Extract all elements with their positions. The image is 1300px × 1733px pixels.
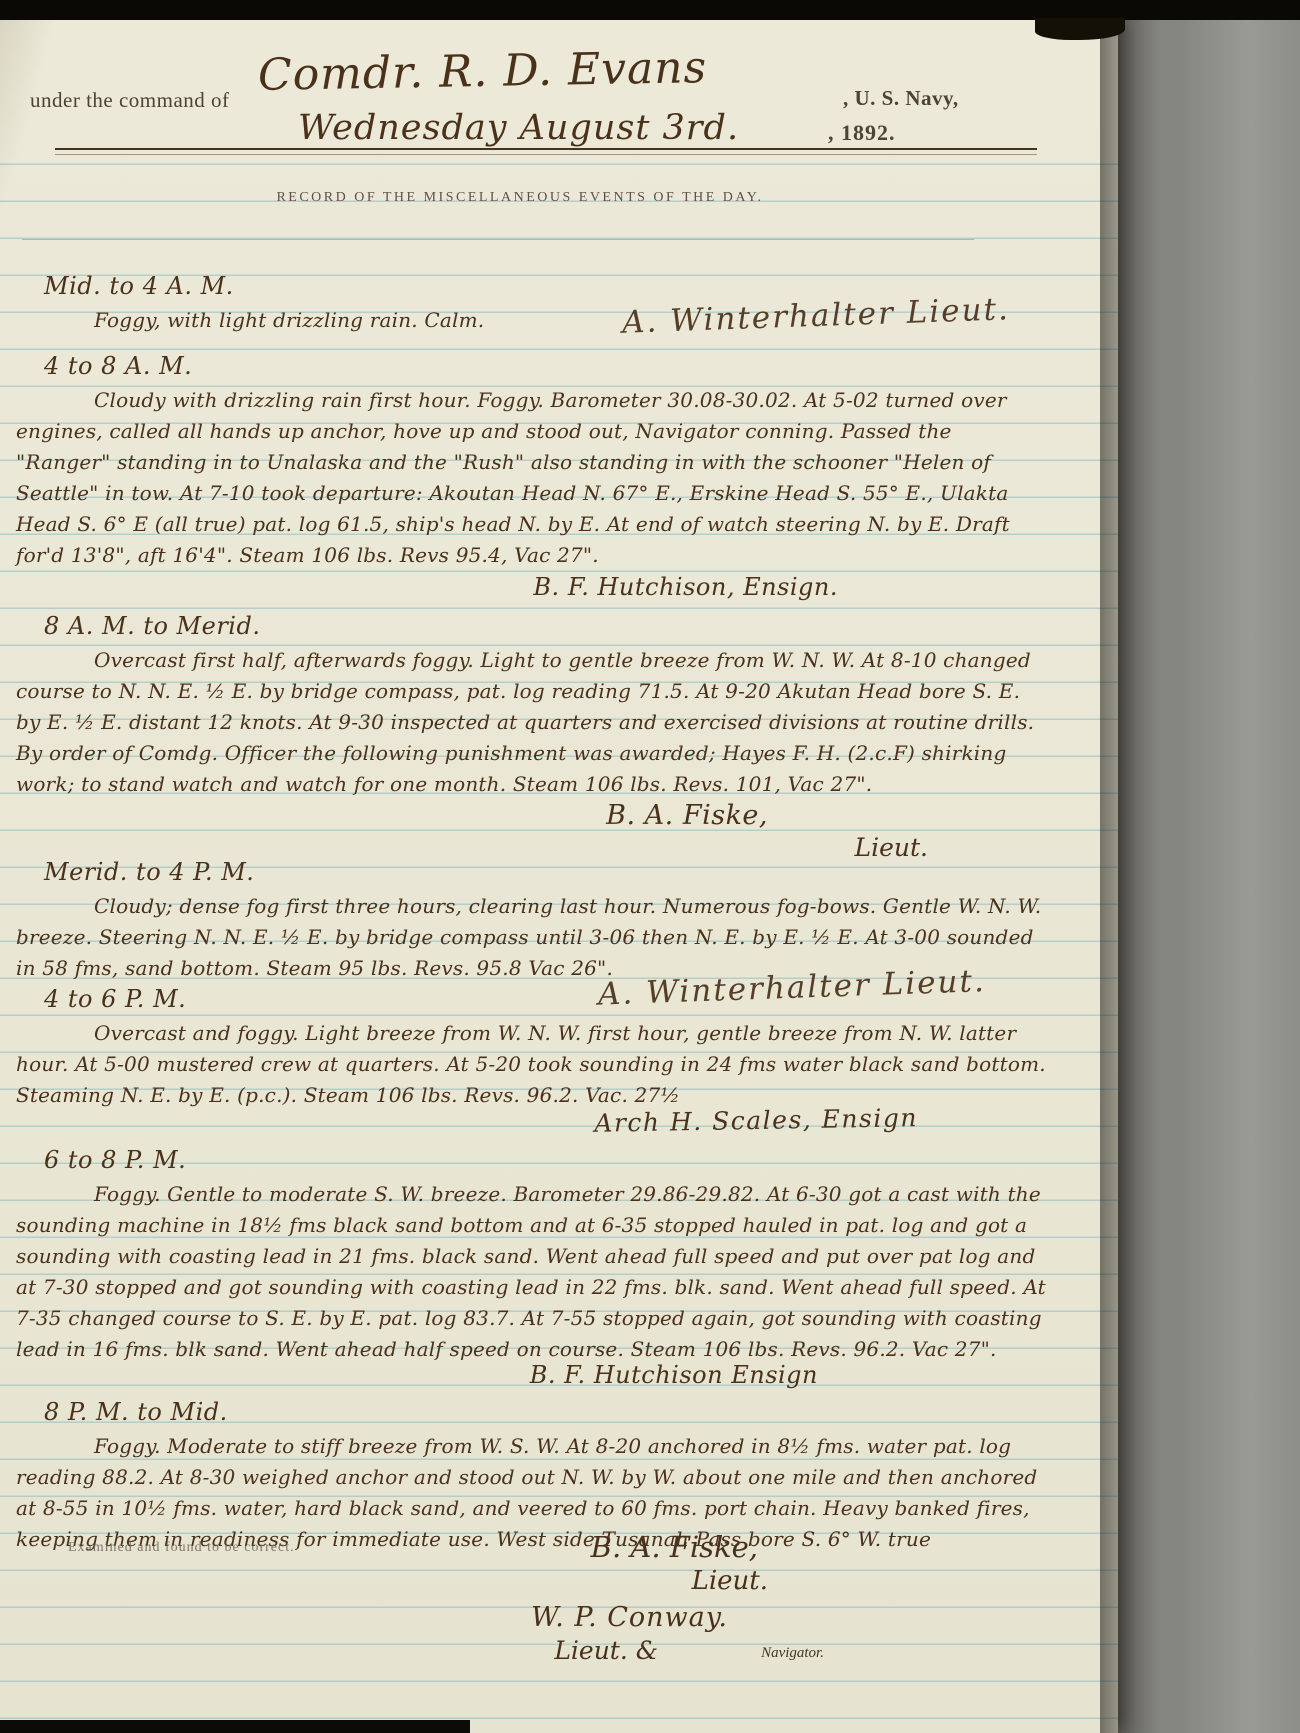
printed-navigator-label: Navigator. <box>761 1645 824 1662</box>
watch-heading: 6 to 8 P. M. <box>44 1146 1046 1174</box>
logbook-page: under the command of Comdr. R. D. Evans … <box>0 18 1118 1733</box>
officer-rank: Lieut. <box>692 1566 768 1596</box>
printed-year: , 1892. <box>828 120 896 146</box>
page-gutter-shadow <box>1100 18 1160 1733</box>
log-entry-4-to-6pm: 4 to 6 P. M. Overcast and foggy. Light b… <box>16 985 1046 1140</box>
officer-signature: B. A. Fiske, <box>591 1530 758 1564</box>
entry-text: Foggy. Moderate to stiff breeze from W. … <box>16 1431 1046 1555</box>
log-entry-8am-to-merid: 8 A. M. to Merid. Overcast first half, a… <box>16 612 1046 862</box>
examined-stamp: Examined and found to be correct. <box>68 1540 295 1556</box>
watch-heading: 8 A. M. to Merid. <box>44 612 1046 640</box>
scan-top-edge <box>0 0 1300 20</box>
officer-signature: B. F. Hutchison, Ensign. <box>16 573 838 601</box>
watch-heading: 8 P. M. to Mid. <box>44 1398 1046 1426</box>
printed-command-prefix: under the command of <box>30 88 230 113</box>
navigator-rank: Lieut. & <box>554 1636 658 1665</box>
watch-heading: Merid. to 4 P. M. <box>44 858 1046 886</box>
navigator-signature: W. P. Conway. <box>531 1602 728 1633</box>
log-entry-8pm-to-mid: 8 P. M. to Mid. Foggy. Moderate to stiff… <box>16 1398 1046 1555</box>
log-entry-mid-to-4am: Mid. to 4 A. M. Foggy, with light drizzl… <box>16 272 1046 336</box>
entry-text: Overcast and foggy. Light breeze from W.… <box>16 1018 1046 1111</box>
record-caption: RECORD OF THE MISCELLANEOUS EVENTS OF TH… <box>0 190 1040 206</box>
entry-text: Cloudy with drizzling rain first hour. F… <box>16 385 1046 571</box>
watch-heading: 4 to 8 A. M. <box>44 352 1046 380</box>
date-handwritten: Wednesday August 3rd. <box>298 108 739 148</box>
commander-name-handwritten: Comdr. R. D. Evans <box>258 42 708 101</box>
watch-heading: 4 to 6 P. M. <box>44 985 1046 1013</box>
officer-signature: B. F. Hutchison Ensign <box>16 1361 818 1389</box>
entry-text: Foggy. Gentle to moderate S. W. breeze. … <box>16 1179 1046 1365</box>
entry-text: Overcast first half, afterwards foggy. L… <box>16 645 1046 800</box>
officer-signature: B. A. Fiske, <box>16 800 768 831</box>
printed-navy-suffix: , U. S. Navy, <box>843 86 959 111</box>
header-rule <box>55 148 1037 155</box>
scan-top-smudge <box>1035 18 1125 40</box>
scan-bottom-edge <box>0 1720 470 1733</box>
caption-rule <box>22 239 974 240</box>
log-entry-4-to-8am: 4 to 8 A. M. Cloudy with drizzling rain … <box>16 352 1046 601</box>
log-entry-6-to-8pm: 6 to 8 P. M. Foggy. Gentle to moderate S… <box>16 1146 1046 1389</box>
